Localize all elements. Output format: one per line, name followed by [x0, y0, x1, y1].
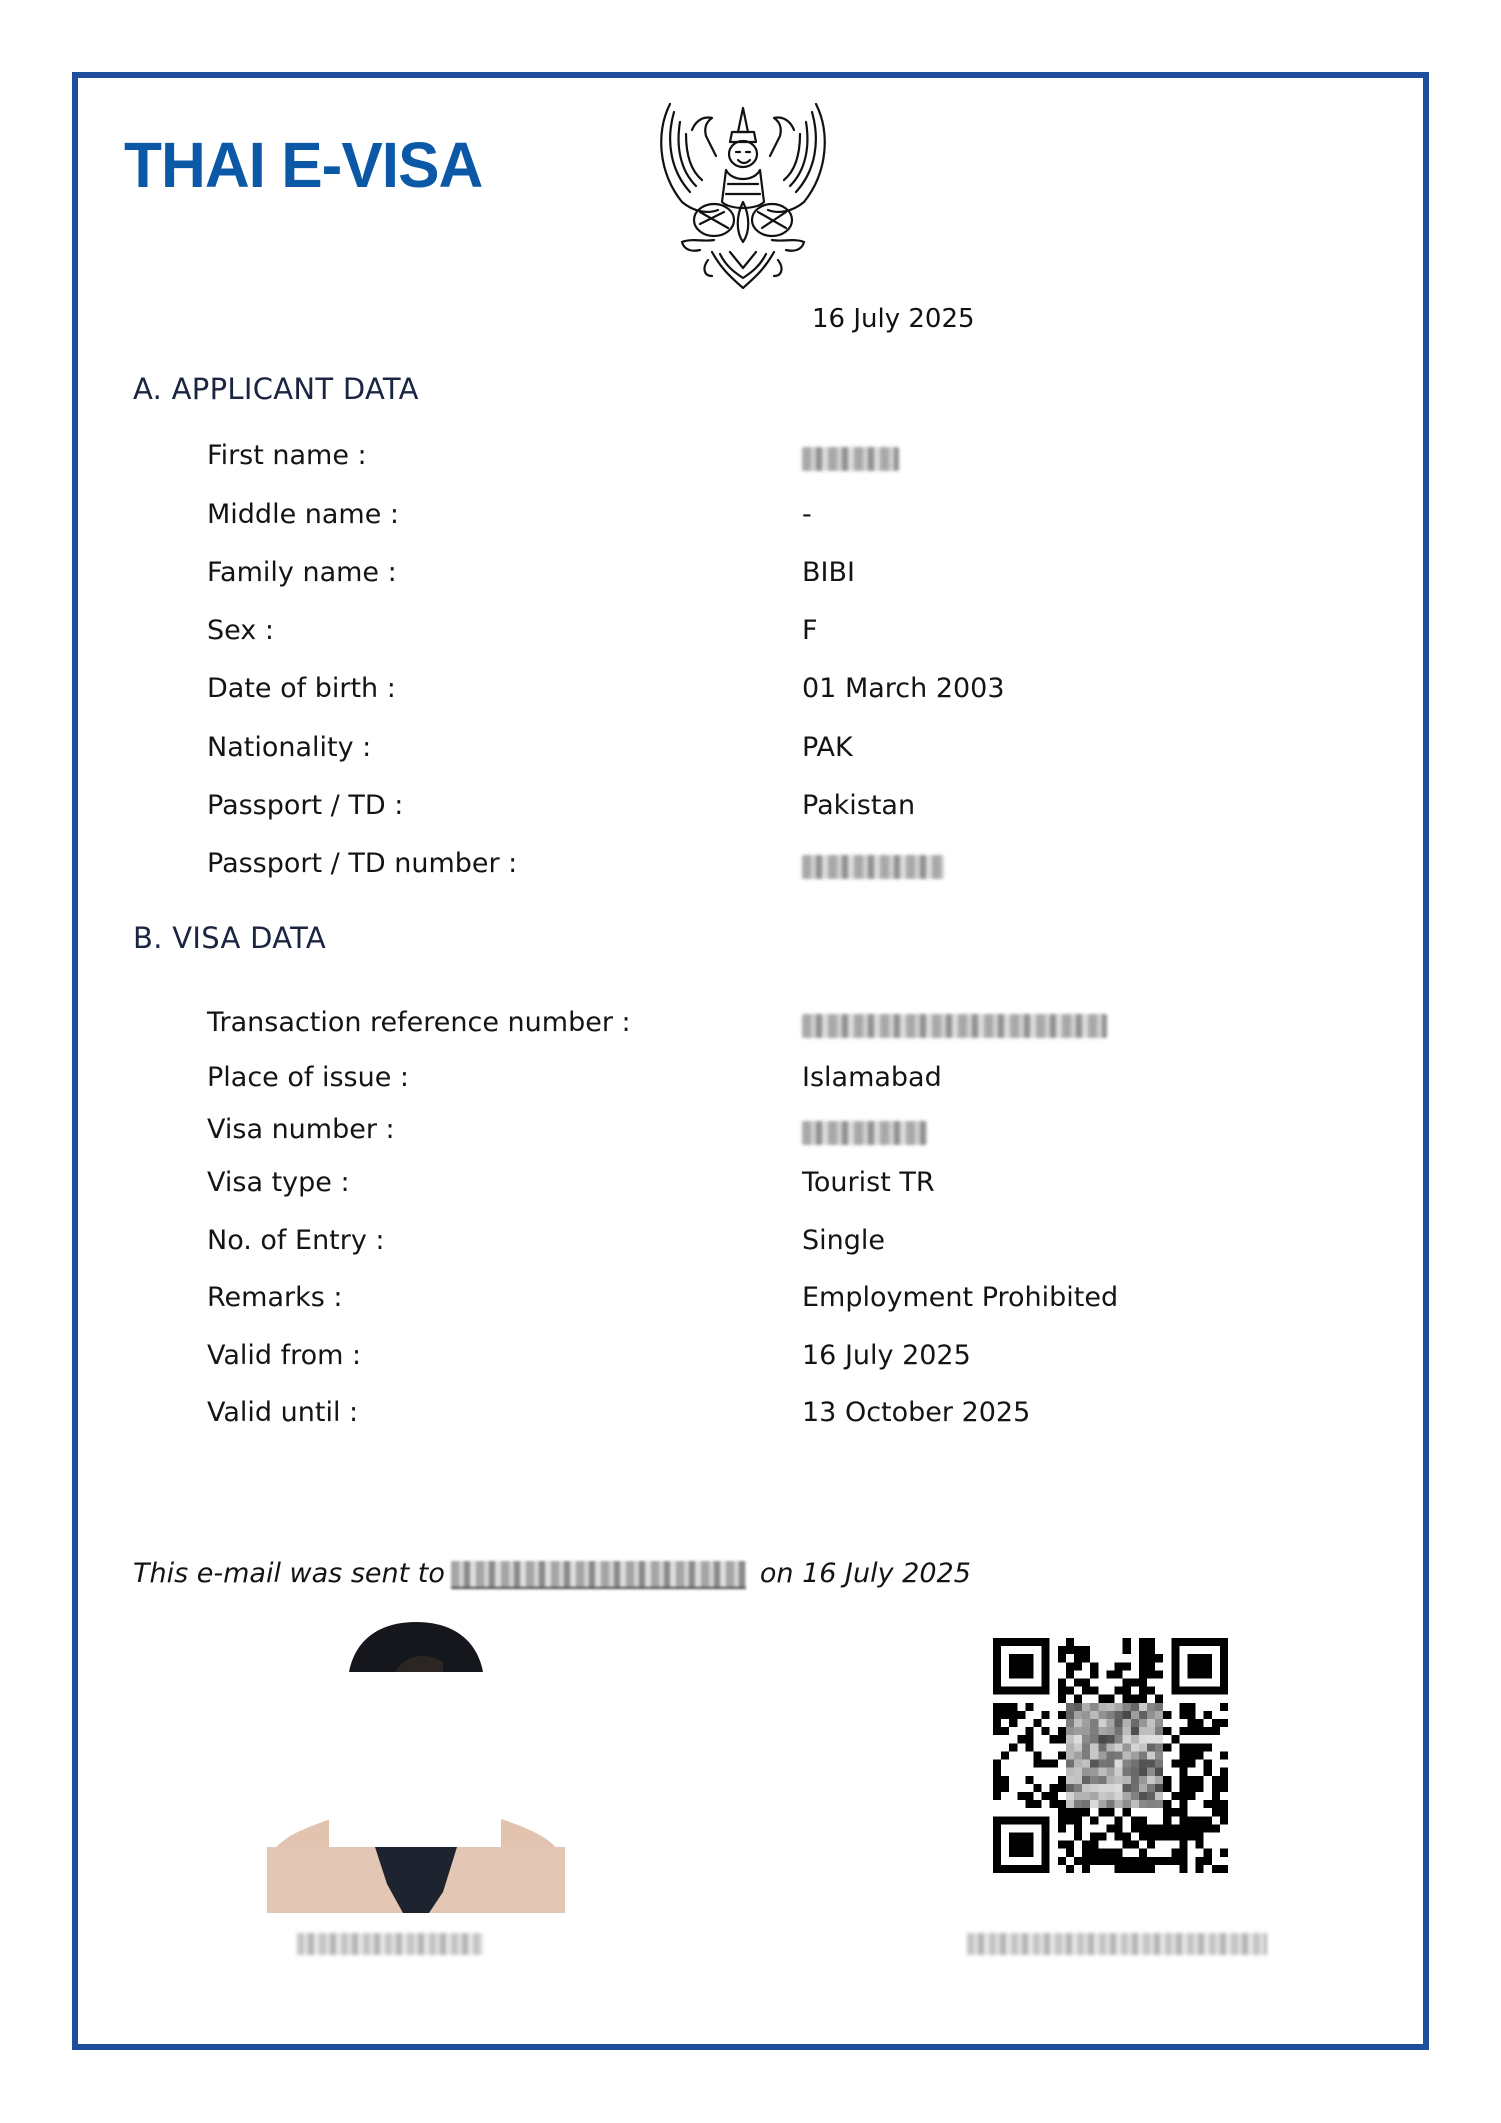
email-notice-suffix: on 16 July 2025 — [760, 1558, 971, 1589]
visa-field-label: Transaction reference number : — [207, 1007, 631, 1038]
visa-field-label: Valid from : — [207, 1340, 361, 1371]
qr-code — [993, 1638, 1228, 1873]
section-heading-applicant: A. APPLICANT DATA — [133, 372, 419, 406]
visa-field-value — [802, 1007, 1107, 1038]
email-notice-prefix: This e-mail was sent to — [133, 1558, 445, 1589]
applicant-field-label: Nationality : — [207, 732, 371, 763]
visa-field-label: Visa number : — [207, 1114, 395, 1145]
section-heading-visa: B. VISA DATA — [133, 921, 326, 955]
applicant-field-label: First name : — [207, 440, 367, 471]
email-notice: This e-mail was sent toon 16 July 2025 — [133, 1558, 971, 1589]
redacted-value — [802, 1014, 1107, 1038]
visa-field-value: Islamabad — [802, 1062, 942, 1093]
visa-field-label: Place of issue : — [207, 1062, 409, 1093]
applicant-field-label: Middle name : — [207, 499, 399, 530]
applicant-field-value — [802, 440, 899, 471]
redacted-value — [802, 1121, 927, 1145]
applicant-field-label: Passport / TD : — [207, 790, 403, 821]
garuda-emblem-icon — [652, 92, 834, 292]
photo-caption-redacted — [297, 1933, 483, 1955]
document-title: THAI E-VISA — [124, 128, 482, 202]
visa-field-value: Employment Prohibited — [802, 1282, 1118, 1313]
visa-field-value: Tourist TR — [802, 1167, 935, 1198]
applicant-field-label: Family name : — [207, 557, 397, 588]
visa-field-value: 13 October 2025 — [802, 1397, 1030, 1428]
applicant-field-label: Sex : — [207, 615, 274, 646]
applicant-field-label: Date of birth : — [207, 673, 396, 704]
applicant-field-value: Pakistan — [802, 790, 915, 821]
visa-field-label: Remarks : — [207, 1282, 343, 1313]
visa-field-label: Valid until : — [207, 1397, 358, 1428]
applicant-field-value: 01 March 2003 — [802, 673, 1005, 704]
applicant-field-value: - — [802, 499, 812, 530]
visa-field-label: Visa type : — [207, 1167, 350, 1198]
redacted-value — [802, 447, 899, 471]
applicant-field-value: BIBI — [802, 557, 855, 588]
applicant-field-label: Passport / TD number : — [207, 848, 517, 879]
qr-caption-redacted — [967, 1933, 1267, 1955]
document-date: 16 July 2025 — [812, 304, 975, 334]
redacted-value — [802, 855, 944, 879]
visa-field-value: Single — [802, 1225, 885, 1256]
visa-field-label: No. of Entry : — [207, 1225, 385, 1256]
email-address-redacted — [451, 1561, 746, 1589]
applicant-field-value — [802, 848, 944, 879]
visa-field-value: 16 July 2025 — [802, 1340, 971, 1371]
applicant-photo — [267, 1622, 565, 1913]
applicant-field-value: PAK — [802, 732, 853, 763]
visa-field-value — [802, 1114, 927, 1145]
applicant-field-value: F — [802, 615, 818, 646]
